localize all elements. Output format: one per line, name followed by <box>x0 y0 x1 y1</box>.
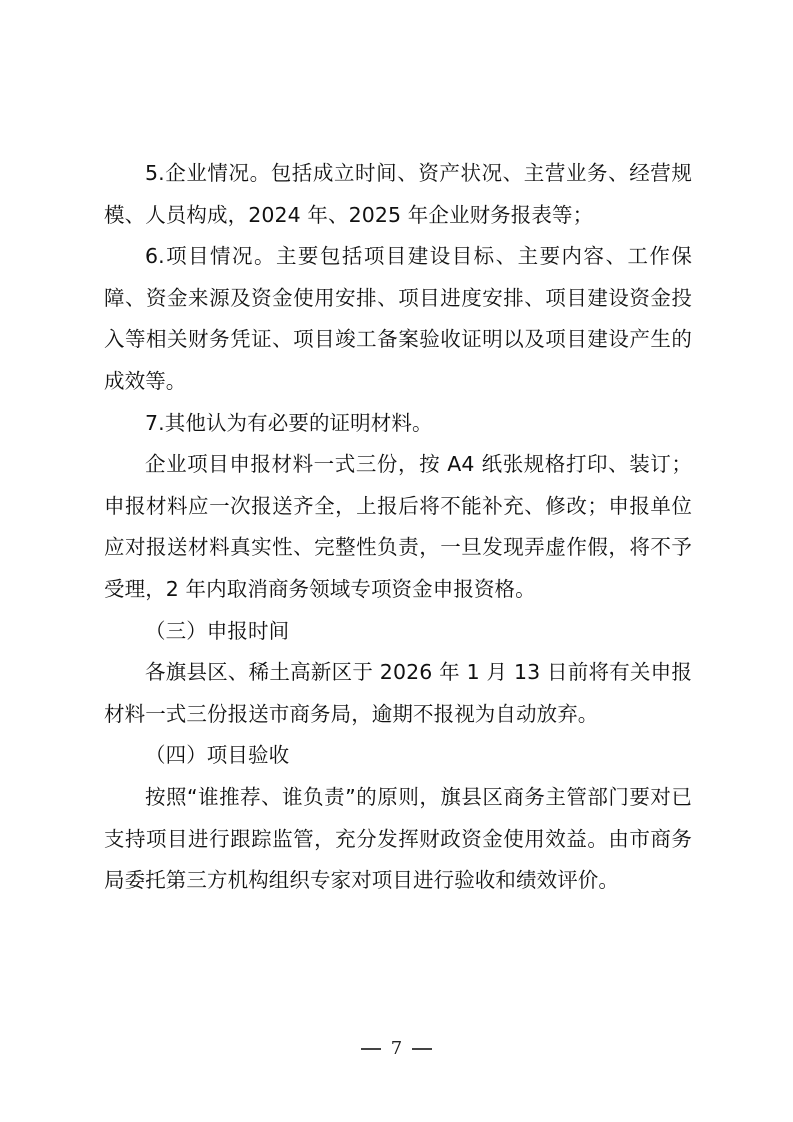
paragraph-item-7-other-materials: 7.其他认为有必要的证明材料。 <box>104 403 692 445</box>
dash-right-decoration <box>412 1048 432 1050</box>
paragraph-submission-requirements: 企业项目申报材料一式三份，按 A4 纸张规格打印、装订；申报材料应一次报送齐全，… <box>104 444 692 610</box>
page-footer: 7 <box>0 1038 793 1059</box>
page-number: 7 <box>391 1038 402 1059</box>
section-heading-project-acceptance: （四）项目验收 <box>104 735 692 777</box>
paragraph-submission-deadline: 各旗县区、稀土高新区于 2026 年 1 月 13 日前将有关申报材料一式三份报… <box>104 652 692 735</box>
paragraph-project-acceptance: 按照“谁推荐、谁负责”的原则，旗县区商务主管部门要对已支持项目进行跟踪监管，充分… <box>104 777 692 902</box>
document-page: 5.企业情况。包括成立时间、资产状况、主营业务、经营规模、人员构成，2024 年… <box>104 153 692 902</box>
paragraph-item-5-company-info: 5.企业情况。包括成立时间、资产状况、主营业务、经营规模、人员构成，2024 年… <box>104 153 692 236</box>
section-heading-submission-time: （三）申报时间 <box>104 611 692 653</box>
paragraph-item-6-project-info: 6.项目情况。主要包括项目建设目标、主要内容、工作保障、资金来源及资金使用安排、… <box>104 236 692 402</box>
dash-left-decoration <box>361 1048 381 1050</box>
